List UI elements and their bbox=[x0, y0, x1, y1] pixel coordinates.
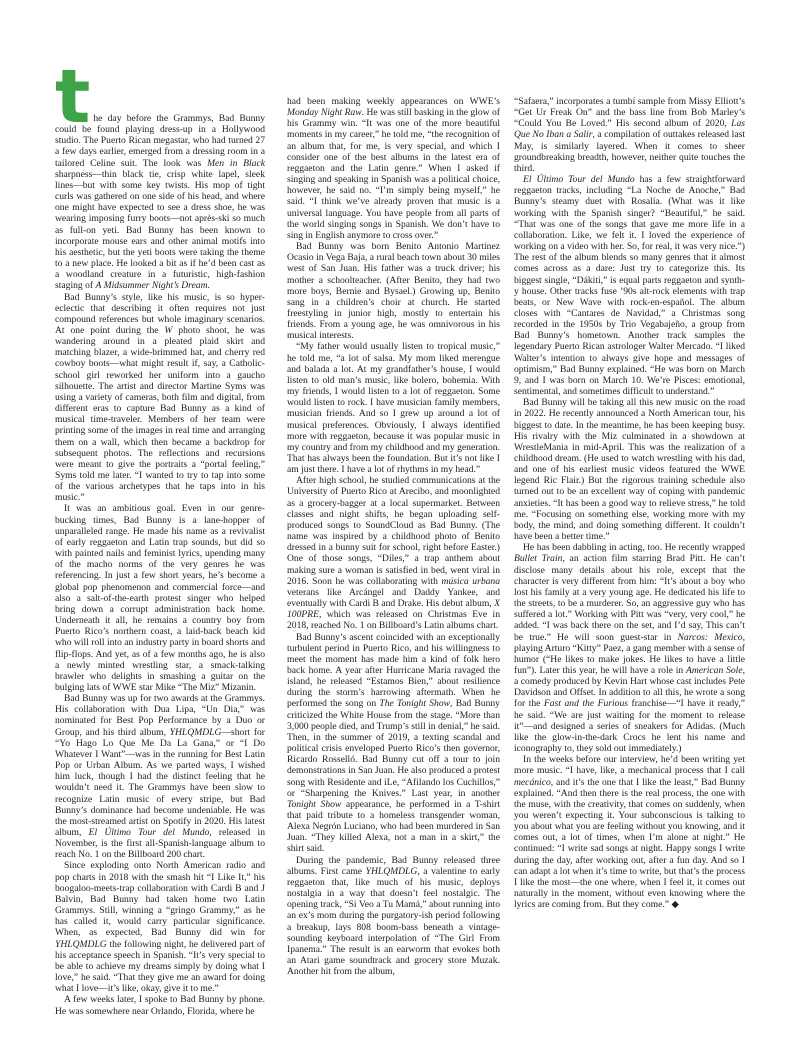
continuation-paragraph: “Safaera,” incorporates a tumbí sample f… bbox=[514, 96, 745, 174]
paragraph: Bad Bunny was up for two awards at the G… bbox=[55, 693, 265, 860]
magazine-article-page: the day before the Grammys, Bad Bunny co… bbox=[0, 0, 800, 1040]
paragraph: Bad Bunny’s style, like his music, is so… bbox=[55, 292, 265, 504]
paragraph: A few weeks later, I spoke to Bad Bunny … bbox=[55, 994, 265, 1016]
paragraph: El Último Tour del Mundo has a few strai… bbox=[514, 174, 745, 397]
text-column-3: “Safaera,” incorporates a tumbí sample f… bbox=[514, 96, 745, 1017]
opening-paragraph: the day before the Grammys, Bad Bunny co… bbox=[55, 96, 265, 292]
continuation-paragraph: had been making weekly appearances on WW… bbox=[287, 96, 500, 241]
paragraph: It was an ambitious goal. Even in our ge… bbox=[55, 503, 265, 693]
article-columns: the day before the Grammys, Bad Bunny co… bbox=[55, 96, 745, 1017]
paragraph: “My father would usually listen to tropi… bbox=[287, 341, 500, 475]
text-column-1: the day before the Grammys, Bad Bunny co… bbox=[55, 96, 265, 1017]
paragraph: Bad Bunny’s ascent coincided with an exc… bbox=[287, 632, 500, 855]
closing-paragraph: In the weeks before our interview, he’d … bbox=[514, 754, 745, 910]
paragraph: Bad Bunny will be taking all this new mu… bbox=[514, 397, 745, 542]
paragraph: During the pandemic, Bad Bunny released … bbox=[287, 855, 500, 978]
text-column-2: had been making weekly appearances on WW… bbox=[287, 96, 500, 1017]
paragraph: He has been dabbling in acting, too. He … bbox=[514, 542, 745, 754]
dropcap-t: t bbox=[55, 54, 90, 140]
paragraph: After high school, he studied communicat… bbox=[287, 475, 500, 631]
paragraph: Bad Bunny was born Benito Antonio Martín… bbox=[287, 241, 500, 341]
paragraph: Since exploding onto North American radi… bbox=[55, 860, 265, 994]
